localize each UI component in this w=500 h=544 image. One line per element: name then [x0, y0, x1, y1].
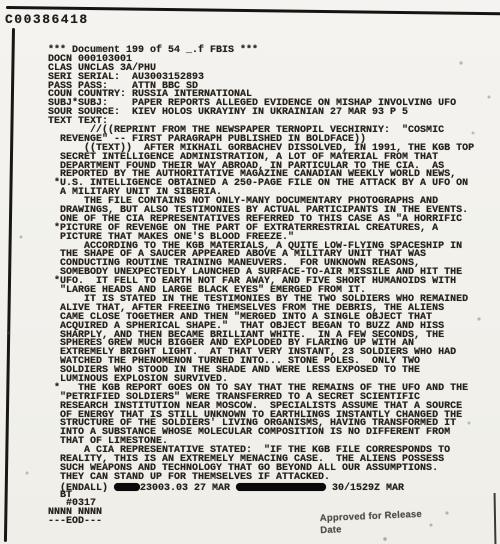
scanned-document-page: C00386418 *** Document 199 of 54 _.f FBI… — [0, 0, 500, 544]
document-line: SOUR SOURCE: KIEV HOLOS UKRAYINY IN UKRA… — [48, 109, 474, 118]
redaction-bar — [236, 483, 326, 491]
document-text: *** Document 199 of 54 _.f FBIS ***DOCN … — [48, 47, 474, 527]
document-line: (ENDALL) 23003.03 27 MAR 30/1529Z MAR — [48, 483, 474, 492]
redaction-bar — [114, 483, 140, 491]
approved-stamp: Approved for Release Date — [320, 509, 423, 536]
document-line: THEY CAN STAND UP FOR THEMSELVES IF ATTA… — [48, 474, 474, 483]
document-line: #0317 — [48, 500, 474, 509]
right-edge-mark — [494, 493, 497, 544]
left-margin-line — [4, 28, 15, 542]
scan-noise — [0, 0, 2, 2]
document-id: C00386418 — [5, 12, 89, 27]
